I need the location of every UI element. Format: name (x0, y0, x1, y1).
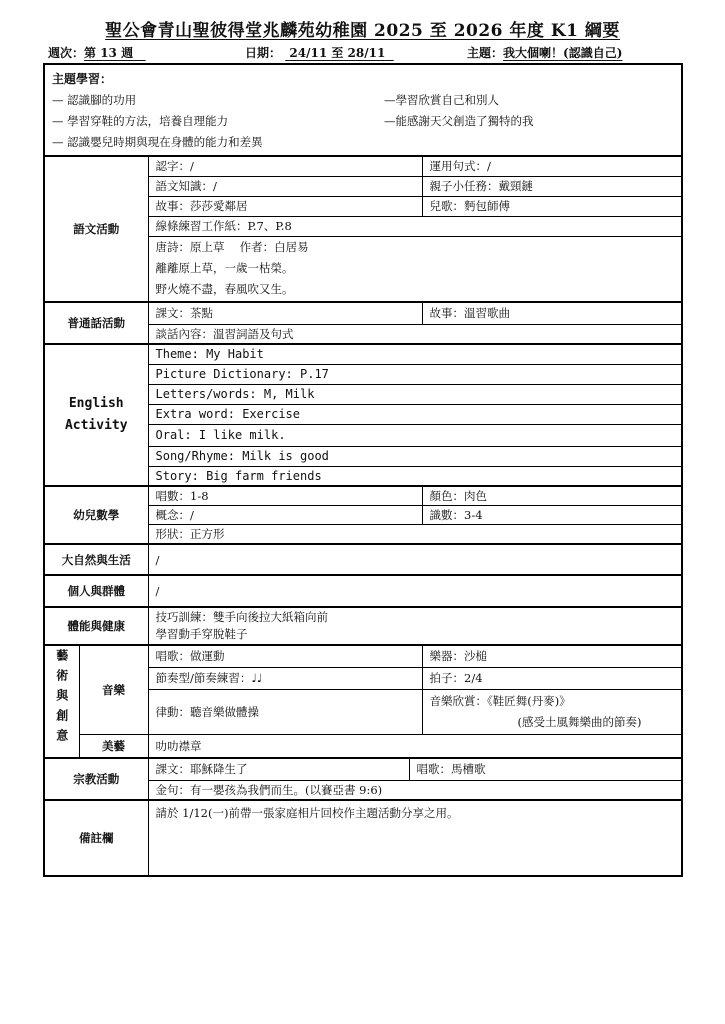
english-item: Extra word: Exercise (148, 404, 682, 424)
date-label: 日期： (245, 46, 281, 60)
theme-point: —學習欣賞自己和別人 (384, 90, 499, 111)
visual-arts-value: 叻叻襟章 (148, 734, 682, 758)
personal-label: 個人與群體 (44, 575, 148, 607)
religion-text: 課文：耶穌降生了 (148, 758, 409, 780)
topic-value: 我大個喇！(認識自己) (503, 46, 622, 60)
music-sing: 唱歌：做運動 (148, 645, 422, 667)
nursery-rhyme: 兒歌：麪包師傅 (422, 196, 682, 216)
math-shape: 形狀：正方形 (148, 524, 682, 544)
worksheet: 線條練習工作紙：P.7、P.8 (148, 216, 682, 236)
poem-line: 離離原上草，一歲一枯榮。 (156, 258, 675, 279)
theme-point: — 認識嬰兒時期與現在身體的能力和差異 (52, 132, 384, 153)
remarks-text: 請於 1/12(一)前帶一張家庭相片回校作主題活動分享之用。 (148, 800, 682, 876)
arts-label-text: 藝術與創意 (53, 649, 71, 749)
religion-verse: 金句：有一嬰孩為我們而生。(以賽亞書 9:6) (148, 780, 682, 800)
chinese-label: 語文活動 (44, 156, 148, 302)
rote-counting: 唱數：1-8 (148, 486, 422, 506)
putonghua-text: 課文：茶點 (148, 302, 422, 324)
english-item: Song/Rhyme: Milk is good (148, 446, 682, 466)
math-label: 幼兒數學 (44, 486, 148, 545)
theme-point: — 學習穿鞋的方法，培養自理能力 (52, 111, 384, 132)
parent-child-task: 親子小任務：戴頸鏈 (422, 176, 682, 196)
physical-line: 技巧訓練：雙手向後拉大紙箱向前 (156, 609, 675, 626)
week-label: 週次： (48, 46, 84, 60)
theme-point: —能感謝天父創造了獨特的我 (384, 111, 534, 132)
physical-content: 技巧訓練：雙手向後拉大紙箱向前 學習動手穿脫鞋子 (148, 607, 682, 645)
poem-line: 野火燒不盡，春風吹又生。 (156, 279, 675, 300)
appreciation-line: (感受土風舞樂曲的節奏) (430, 712, 675, 733)
music-instrument: 樂器：沙槌 (422, 645, 682, 667)
topic-label: 主題： (467, 46, 503, 60)
english-item: Story: Big farm friends (148, 466, 682, 486)
music-beat: 拍子：2/4 (422, 667, 682, 689)
date-value: 24/11 至 28/11 (285, 46, 393, 60)
putonghua-story: 故事：溫習歌曲 (422, 302, 682, 324)
putonghua-label: 普通話活動 (44, 302, 148, 344)
physical-label: 體能與健康 (44, 607, 148, 645)
english-item: Picture Dictionary: P.17 (148, 364, 682, 384)
chinese-story: 故事：莎莎愛鄰居 (148, 196, 422, 216)
english-label-line: Activity (52, 415, 141, 437)
nature-value: / (148, 544, 682, 575)
poem-title: 唐詩：原上草 作者：白居易 (156, 237, 675, 258)
putonghua-talk: 談話內容：溫習詞語及句式 (148, 324, 682, 344)
page-title: 聖公會青山聖彼得堂兆麟苑幼稚園 2025 至 2026 年度 K1 綱要 (0, 16, 725, 41)
physical-line: 學習動手穿脫鞋子 (156, 626, 675, 643)
religion-label: 宗教活動 (44, 758, 148, 800)
arts-label: 藝術與創意 (44, 645, 79, 758)
week-value: 第 13 週 (84, 46, 133, 60)
nature-label: 大自然與生活 (44, 544, 148, 575)
language-knowledge: 語文知識：/ (148, 176, 422, 196)
date-field: 日期： 24/11 至 28/11 (245, 44, 394, 61)
topic-field: 主題：我大個喇！(認識自己) (467, 44, 622, 61)
religion-song-text: 唱歌：馬槽歌 (417, 762, 486, 776)
theme-point: — 認識腳的功用 (52, 90, 384, 111)
remarks-label: 備註欄 (44, 800, 148, 876)
math-color: 顏色：肉色 (422, 486, 682, 506)
math-concept: 概念：/ (148, 505, 422, 524)
visual-arts-label: 美藝 (79, 734, 148, 758)
week-field: 週次：第 13 週 (48, 44, 146, 61)
english-item: Theme: My Habit (148, 344, 682, 364)
sentence-pattern: 運用句式：/ (422, 156, 682, 176)
english-label-line: English (52, 393, 141, 415)
religion-song: 唱歌：馬槽歌 (409, 758, 682, 780)
music-label: 音樂 (79, 645, 148, 734)
curriculum-table: 主題學習： — 認識腳的功用—學習欣賞自己和別人 — 學習穿鞋的方法，培養自理能… (43, 63, 683, 877)
appreciation-line: 音樂欣賞：《鞋匠舞(丹麥)》 (430, 691, 675, 712)
title-text: 聖公會青山聖彼得堂兆麟苑幼稚園 2025 至 2026 年度 K1 綱要 (105, 21, 620, 41)
tang-poem: 唐詩：原上草 作者：白居易 離離原上草，一歲一枯榮。 野火燒不盡，春風吹又生。 (148, 236, 682, 302)
english-item: Letters/words: M, Milk (148, 384, 682, 404)
math-counting: 識數：3-4 (422, 505, 682, 524)
music-appreciation: 音樂欣賞：《鞋匠舞(丹麥)》 (感受土風舞樂曲的節奏) (422, 689, 682, 734)
music-rhythm: 節奏型/節奏練習：♩♩ (148, 667, 422, 689)
english-label: English Activity (44, 344, 148, 486)
theme-learning-row: 主題學習： — 認識腳的功用—學習欣賞自己和別人 — 學習穿鞋的方法，培養自理能… (44, 64, 682, 156)
theme-learning-heading: 主題學習： (52, 68, 674, 90)
music-movement: 律動：聽音樂做體操 (148, 689, 422, 734)
recognize-words: 認字：/ (148, 156, 422, 176)
english-item: Oral: I like milk. (148, 424, 682, 446)
theme-learning-box: 主題學習： — 認識腳的功用—學習欣賞自己和別人 — 學習穿鞋的方法，培養自理能… (44, 64, 682, 156)
personal-value: / (148, 575, 682, 607)
